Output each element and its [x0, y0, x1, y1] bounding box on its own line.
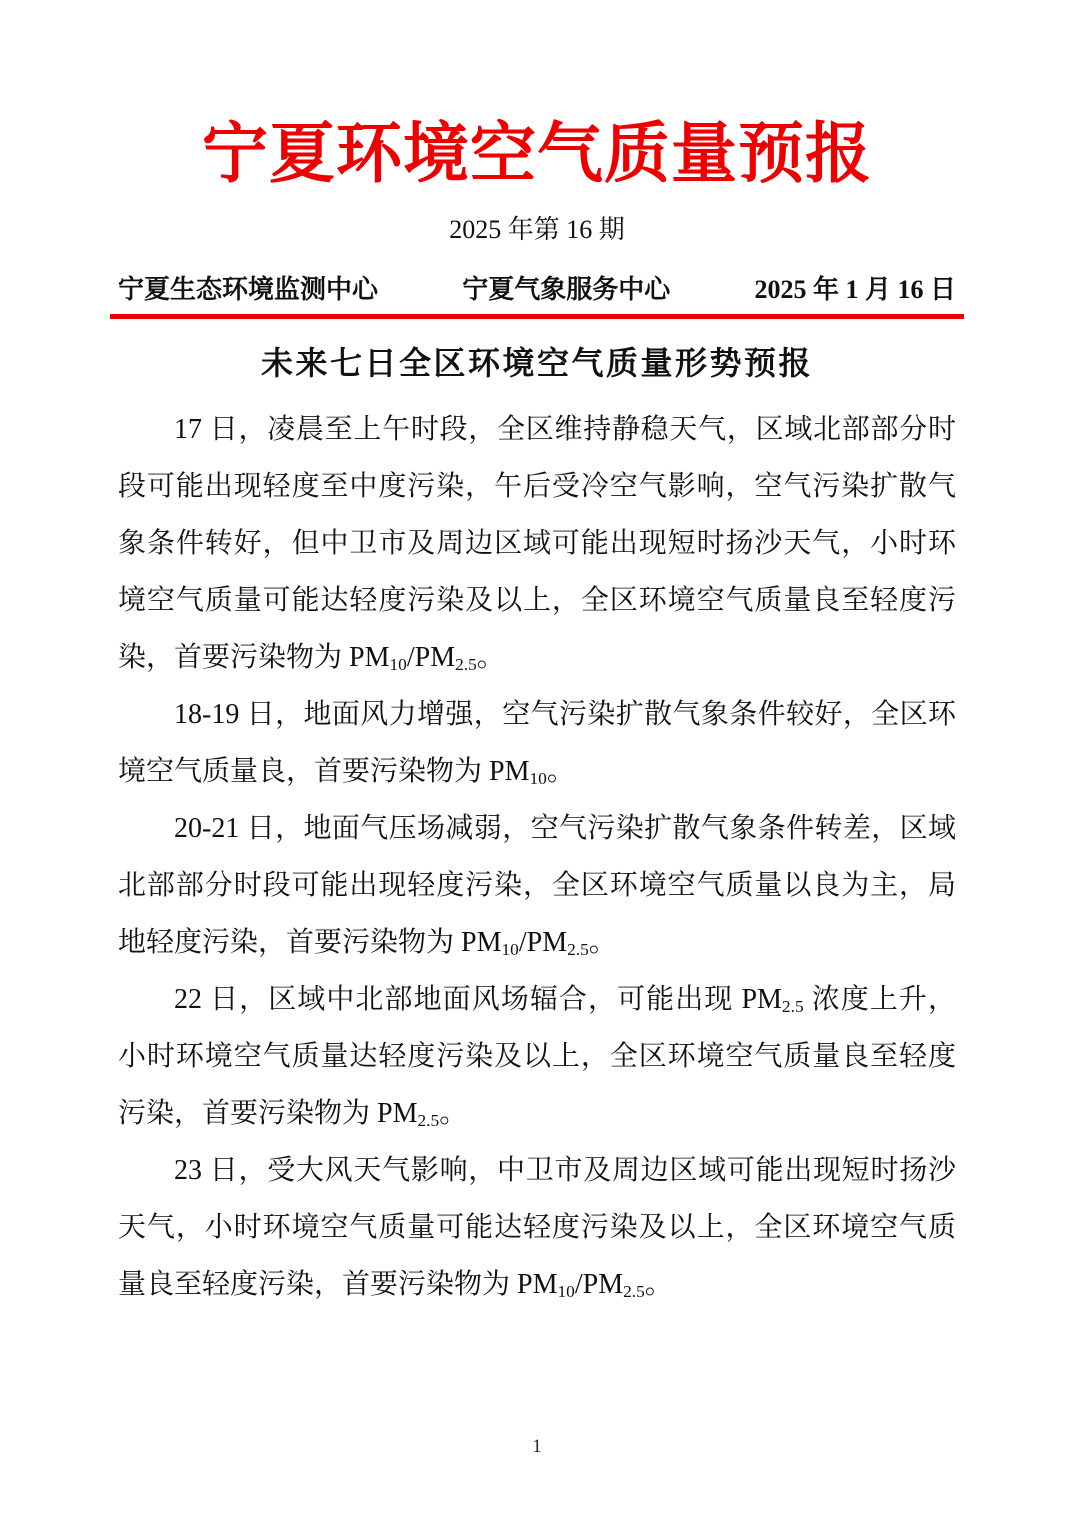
section-title: 未来七日全区环境空气质量形势预报 — [118, 342, 956, 385]
issue-number: 2025 年第 16 期 — [118, 212, 956, 247]
header-date: 2025 年 1 月 16 日 — [754, 273, 956, 307]
doc-title: 宁夏环境空气质量预报 — [118, 118, 956, 192]
page-number: 1 — [0, 1436, 1074, 1458]
header-center-org: 宁夏气象服务中心 — [462, 273, 670, 307]
forecast-paragraph-day20-21: 20-21 日，地面气压场减弱，空气污染扩散气象条件转差，区域北部部分时段可能出… — [118, 800, 956, 971]
red-divider — [110, 314, 965, 319]
document-page: 宁夏环境空气质量预报 2025 年第 16 期 宁夏生态环境监测中心 宁夏气象服… — [0, 0, 1074, 1520]
forecast-body: 17 日，凌晨至上午时段，全区维持静稳天气，区域北部部分时段可能出现轻度至中度污… — [118, 401, 956, 1313]
header-row: 宁夏生态环境监测中心 宁夏气象服务中心 2025 年 1 月 16 日 — [118, 273, 956, 307]
forecast-paragraph-day18-19: 18-19 日，地面风力增强，空气污染扩散气象条件较好，全区环境空气质量良，首要… — [118, 686, 956, 800]
forecast-paragraph-day17: 17 日，凌晨至上午时段，全区维持静稳天气，区域北部部分时段可能出现轻度至中度污… — [118, 401, 956, 686]
header-left-org: 宁夏生态环境监测中心 — [118, 273, 378, 307]
forecast-paragraph-day22: 22 日，区域中北部地面风场辐合，可能出现 PM2.5 浓度上升，小时环境空气质… — [118, 971, 956, 1142]
forecast-paragraph-day23: 23 日，受大风天气影响，中卫市及周边区域可能出现短时扬沙天气，小时环境空气质量… — [118, 1142, 956, 1313]
